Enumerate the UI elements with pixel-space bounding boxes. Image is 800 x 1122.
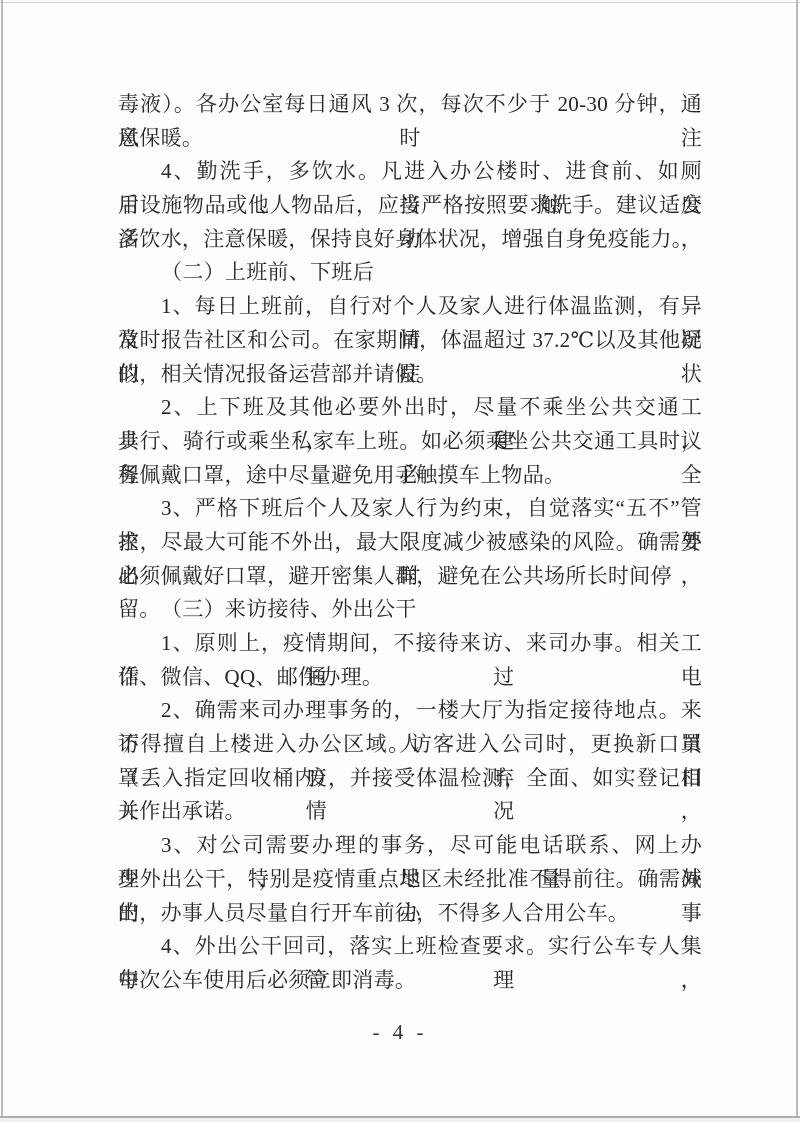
text-line: 步行、骑行或乘坐私家车上班。如必须乘坐公共交通工具时，务必全 <box>118 425 702 459</box>
text-line: 毒液）。各办公室每日通风 3 次，每次不少于 20-30 分钟，通风时注 <box>118 88 702 122</box>
document-page: 毒液）。各办公室每日通风 3 次，每次不少于 20-30 分钟，通风时注 意保暖… <box>0 0 800 1122</box>
text-line: 少外出公干，特别是疫情重点地区未经批准不得前往。确需外出办事 <box>118 863 702 897</box>
document-body: 毒液）。各办公室每日通风 3 次，每次不少于 20-30 分钟，通风时注 意保暖… <box>118 88 702 998</box>
text-line: 求，尽最大可能不外出，最大限度减少被感染的风险。确需外出时， <box>118 526 702 560</box>
section-heading: （二）上班前、下班后 <box>118 256 702 290</box>
scan-edge-right <box>796 0 798 1122</box>
page-number: - 4 - <box>0 1020 800 1045</box>
text-line: 1、原则上，疫情期间，不接待来访、来司办事。相关工作通过电 <box>118 627 702 661</box>
text-line: 4、勤洗手，多饮水。凡进入办公楼时、进食前、如厕后、接触公 <box>118 155 702 189</box>
text-line: 2、上下班及其他必要外出时，尽量不乘坐公共交通工具，建议 <box>118 391 702 425</box>
text-line: 多饮水，注意保暖，保持良好身体状况，增强自身免疫能力。 <box>118 223 702 257</box>
text-line: 1、每日上班前，自行对个人及家人进行体温监测，有异常情况 <box>118 290 702 324</box>
section-heading: （三）来访接待、外出公干 <box>118 593 702 627</box>
scan-edge-bottom-margin <box>0 1118 800 1122</box>
scan-edge-top <box>0 2 800 3</box>
text-line: 罩丢入指定回收桶内），并接受体温检测，全面、如实登记相关情况， <box>118 762 702 796</box>
text-line: 3、对公司需要办理的事务，尽可能电话联系、网上办理，尽量减 <box>118 829 702 863</box>
text-line: 及时报告社区和公司。在家期间，体温超过 37.2℃以及其他疑似症状 <box>118 324 702 358</box>
text-line: 的，办事人员尽量自行开车前往，不得多人合用公车。 <box>118 897 702 931</box>
text-line: 4、外出公干回司，落实上班检查要求。实行公车专人集中管理， <box>118 930 702 964</box>
text-line: 必须佩戴好口罩，避开密集人群，避免在公共场所长时间停留。 <box>118 560 702 594</box>
text-line: 3、严格下班后个人及家人行为约束，自觉落实“五不”管控要 <box>118 492 702 526</box>
text-line: 用设施物品或他人物品后，应当严格按照要求洗手。建议适度活动， <box>118 189 702 223</box>
text-line: 2、确需来司办理事务的，一楼大厅为指定接待地点。来访人员 <box>118 694 702 728</box>
scan-edge-left <box>1 0 3 1122</box>
text-line: 不得擅自上楼进入办公区域。访客进入公司时，更换新口罩（废弃口 <box>118 728 702 762</box>
